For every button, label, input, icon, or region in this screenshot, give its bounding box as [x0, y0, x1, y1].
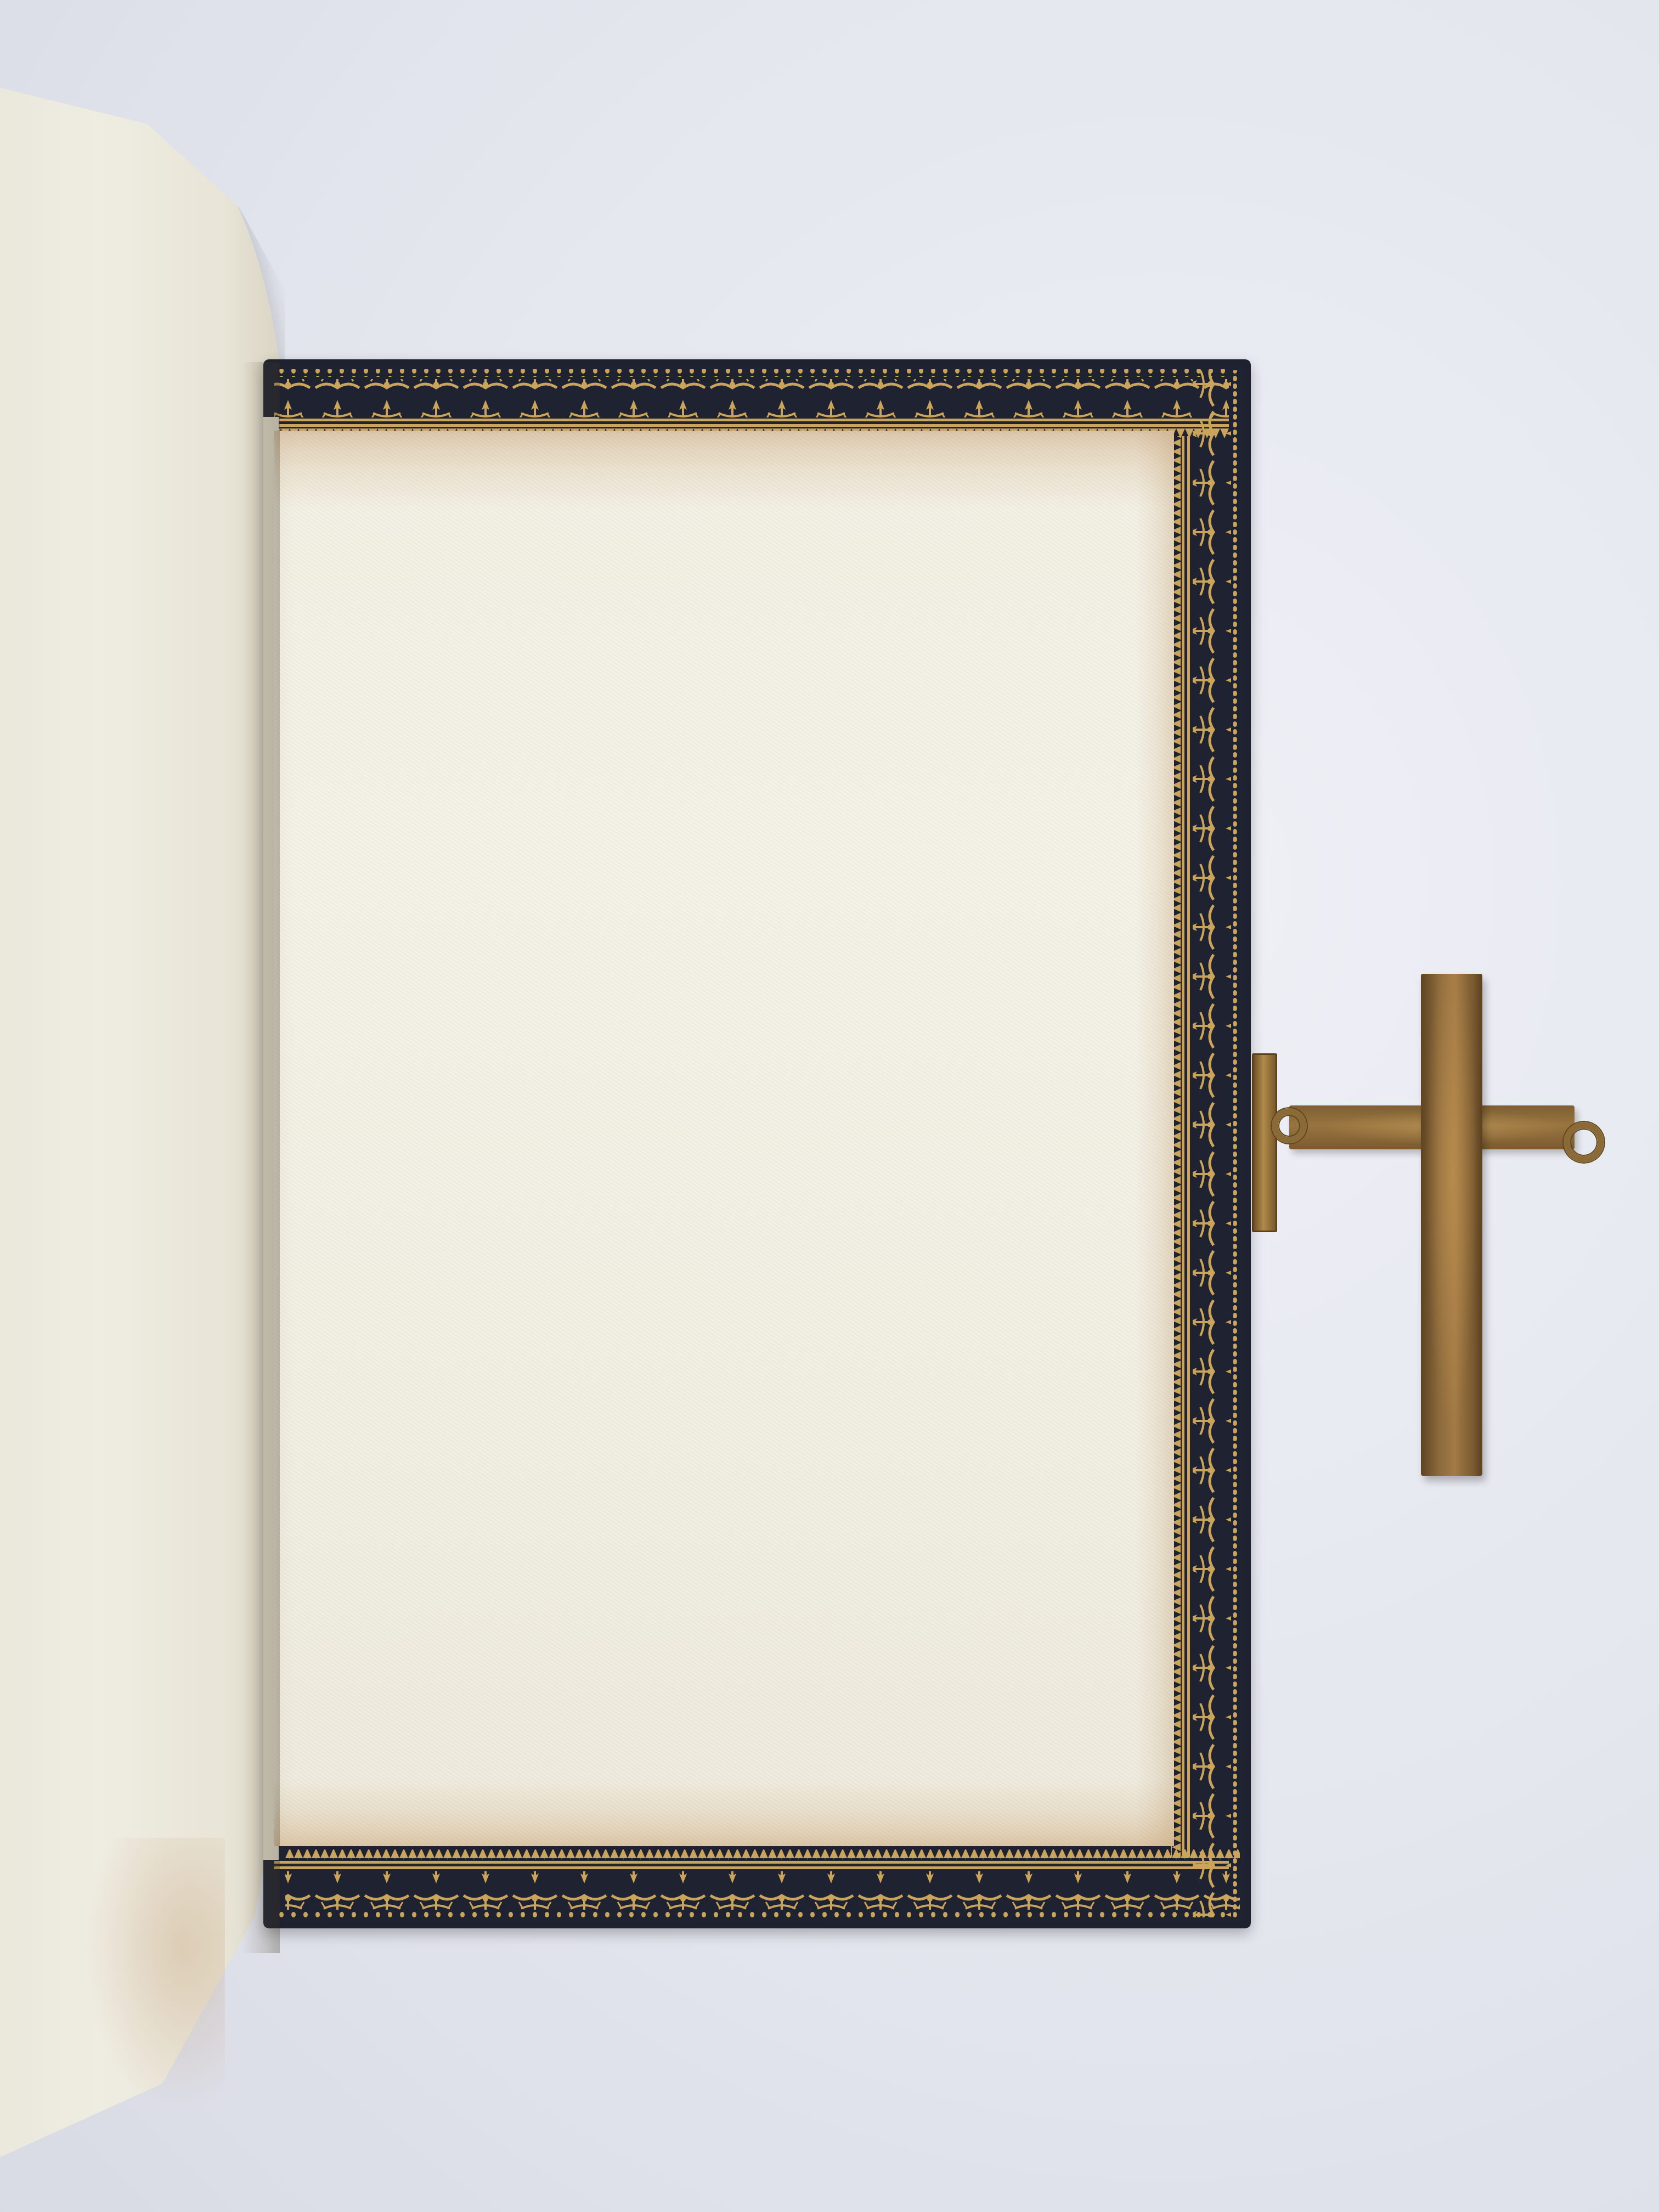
photo-scene: [0, 0, 1659, 2212]
foxing-top: [274, 431, 1174, 507]
clasp-ring-left-icon: [1272, 1108, 1307, 1143]
clasp-ring-right-icon: [1564, 1122, 1604, 1163]
flyleaf-foxing: [82, 1838, 225, 2112]
foxing-bottom: [274, 1780, 1174, 1846]
pastedown-paper: [274, 431, 1174, 1846]
cross-upright: [1421, 974, 1482, 1476]
gutter-shadow: [241, 362, 280, 1953]
clasp-hinge-plate: [1252, 1053, 1277, 1232]
foxing-right: [1136, 431, 1174, 1846]
